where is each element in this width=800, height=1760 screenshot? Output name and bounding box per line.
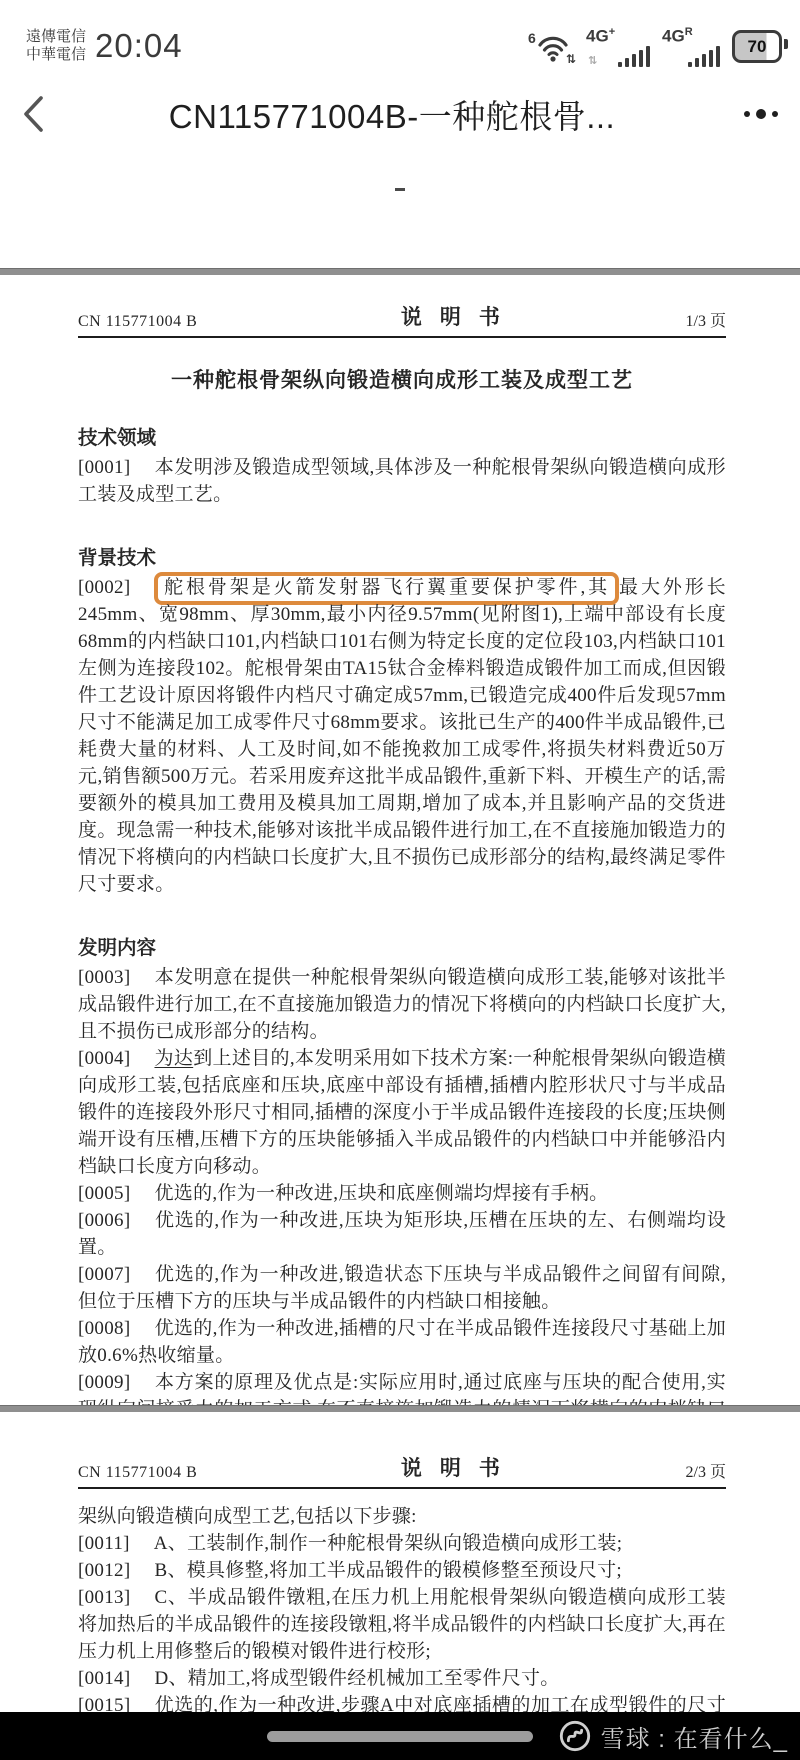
- battery-percent: 70: [748, 37, 767, 57]
- more-dot-icon: [756, 109, 766, 119]
- patent-page-2: CN 115771004 B 说明书 2/3 页 架纵向锻造横向成型工艺,包括以…: [0, 1412, 800, 1712]
- section-heading: 背景技术: [78, 542, 726, 570]
- doc-paragraph: 架纵向锻造横向成型工艺,包括以下步骤:: [78, 1503, 726, 1530]
- page1-header: CN 115771004 B 说明书 1/3 页: [78, 301, 726, 338]
- collapse-dash-icon: [395, 188, 405, 191]
- back-chevron-icon: [22, 95, 44, 133]
- orange-highlight-box: 舵根骨架是火箭发射器飞行翼重要保护零件,其: [154, 572, 619, 605]
- wifi-icon: 6 ⇅: [530, 28, 574, 68]
- doc-paragraph-0009: [0009]本方案的原理及优点是:实际应用时,通过底座与压块的配合使用,实现纵向…: [78, 1369, 726, 1405]
- invention-title: 一种舵根骨架纵向锻造横向成形工装及成型工艺: [78, 364, 726, 394]
- back-button[interactable]: [22, 92, 62, 136]
- page2-header: CN 115771004 B 说明书 2/3 页: [78, 1452, 726, 1489]
- paragraph-tag: [0005]: [78, 1183, 130, 1204]
- paragraph-tag: [0013]: [78, 1587, 130, 1608]
- paragraph-tag: [0003]: [78, 967, 130, 988]
- section-heading: 技术领域: [78, 422, 726, 450]
- signal-4g-roaming-icon: 4GR: [662, 26, 720, 68]
- doc-paragraph-0005: [0005]优选的,作为一种改进,压块和底座侧端均焊接有手柄。: [78, 1180, 726, 1207]
- status-time: 20:04: [95, 27, 183, 65]
- snowball-logo-icon: [558, 1719, 592, 1753]
- network2-signal-bars-icon: [688, 46, 721, 67]
- paragraph-tag: [0008]: [78, 1318, 130, 1339]
- carrier-2: 中華電信: [26, 46, 86, 64]
- document-title: CN115771004B-一种舵根骨...: [62, 91, 722, 138]
- doc-paragraph-0014: [0014]D、精加工,将成型锻件经机械加工至零件尺寸。: [78, 1665, 726, 1692]
- status-bar: 遠傳電信 中華電信 20:04 6 ⇅ 4G+ ⇅ 4GR: [0, 0, 800, 78]
- header-gap-zone: [0, 150, 800, 268]
- doc-paragraph-0002: [0002]舵根骨架是火箭发射器飞行翼重要保护零件,其最大外形长245mm、宽9…: [78, 574, 726, 898]
- section-heading: 发明内容: [78, 932, 726, 960]
- battery-icon: 70: [732, 30, 782, 63]
- page1-content: 技术领域[0001]本发明涉及锻造成型领域,具体涉及一种舵根骨架纵向锻造横向成形…: [78, 406, 726, 1405]
- paragraph-tag: [0001]: [78, 457, 130, 478]
- paragraph-tag: [0015]: [78, 1695, 130, 1712]
- more-dot-icon: [772, 111, 778, 117]
- patent-number: CN 115771004 B: [78, 313, 197, 331]
- app-header: CN115771004B-一种舵根骨...: [0, 78, 800, 150]
- doc-paragraph-0011: [0011]A、工装制作,制作一种舵根骨架纵向锻造横向成形工装;: [78, 1530, 726, 1557]
- paragraph-tag: [0007]: [78, 1264, 130, 1285]
- watermark-text: 雪球 : 在看什么_: [601, 1719, 788, 1754]
- doc-paragraph-0003: [0003]本发明意在提供一种舵根骨架纵向锻造横向成形工装,能够对该批半成品锻件…: [78, 964, 726, 1045]
- underline-annotation: 为达: [154, 1048, 193, 1069]
- page-separator: [0, 1405, 800, 1412]
- doc-paragraph-0012: [0012]B、模具修整,将加工半成品锻件的锻模修整至预设尺寸;: [78, 1557, 726, 1584]
- xueqiu-watermark: 雪球 : 在看什么_: [558, 1712, 788, 1760]
- carrier-1: 遠傳電信: [26, 28, 86, 46]
- doc-paragraph-0007: [0007]优选的,作为一种改进,锻造状态下压块与半成品锻件之间留有间隙,但位于…: [78, 1261, 726, 1315]
- carrier-labels: 遠傳電信 中華電信: [26, 28, 86, 64]
- patent-page-1: CN 115771004 B 说明书 1/3 页 一种舵根骨架纵向锻造横向成形工…: [0, 275, 800, 1405]
- more-menu-button[interactable]: [722, 92, 778, 136]
- paragraph-tag: [0014]: [78, 1668, 130, 1689]
- patent-number: CN 115771004 B: [78, 1464, 197, 1482]
- doc-paragraph-0004: [0004]为达到上述目的,本发明采用如下技术方案:一种舵根骨架纵向锻造横向成形…: [78, 1045, 726, 1180]
- network1-label: 4G+: [586, 26, 615, 47]
- paragraph-tag: [0009]: [78, 1372, 130, 1393]
- doc-paragraph-0006: [0006]优选的,作为一种改进,压块为矩形块,压槽在压块的左、右侧端均设置。: [78, 1207, 726, 1261]
- page-indicator: 2/3 页: [686, 1459, 726, 1482]
- doc-paragraph-0013: [0013]C、半成品锻件镦粗,在压力机上用舵根骨架纵向锻造横向成形工装将加热后…: [78, 1584, 726, 1665]
- signal-4g-plus-icon: 4G+ ⇅: [586, 26, 650, 68]
- network1-signal-bars-icon: [618, 46, 651, 67]
- paragraph-tag: [0012]: [78, 1560, 130, 1581]
- page2-content: 架纵向锻造横向成型工艺,包括以下步骤:[0011]A、工装制作,制作一种舵根骨架…: [78, 1503, 726, 1712]
- doc-paragraph-0015: [0015]优选的,作为一种改进,步骤A中对底座插槽的加工在成型锻件的尺寸基础上…: [78, 1692, 726, 1712]
- paragraph-tag: [0006]: [78, 1210, 130, 1231]
- doc-paragraph-0008: [0008]优选的,作为一种改进,插槽的尺寸在半成品锻件连接段尺寸基础上加放0.…: [78, 1315, 726, 1369]
- footer-bar: 雪球 : 在看什么_: [0, 1712, 800, 1760]
- page-indicator: 1/3 页: [686, 308, 726, 331]
- network2-label: 4GR: [662, 26, 693, 47]
- paragraph-tag: [0011]: [78, 1533, 130, 1554]
- network1-activity-arrows-icon: ⇅: [588, 54, 597, 67]
- doc-paragraph-0001: [0001]本发明涉及锻造成型领域,具体涉及一种舵根骨架纵向锻造横向成形工装及成…: [78, 454, 726, 508]
- wifi-activity-arrows-icon: ⇅: [566, 52, 576, 66]
- page-separator: [0, 268, 800, 275]
- doc-type-label: 说明书: [401, 301, 518, 331]
- wifi-arcs-icon: [538, 34, 568, 62]
- paragraph-tag: [0002]: [78, 577, 130, 598]
- more-dot-icon: [744, 111, 750, 117]
- doc-type-label: 说明书: [401, 1452, 518, 1482]
- gesture-navigation-bar[interactable]: [267, 1731, 533, 1742]
- wifi6-badge: 6: [528, 30, 536, 46]
- paragraph-tag: [0004]: [78, 1048, 130, 1069]
